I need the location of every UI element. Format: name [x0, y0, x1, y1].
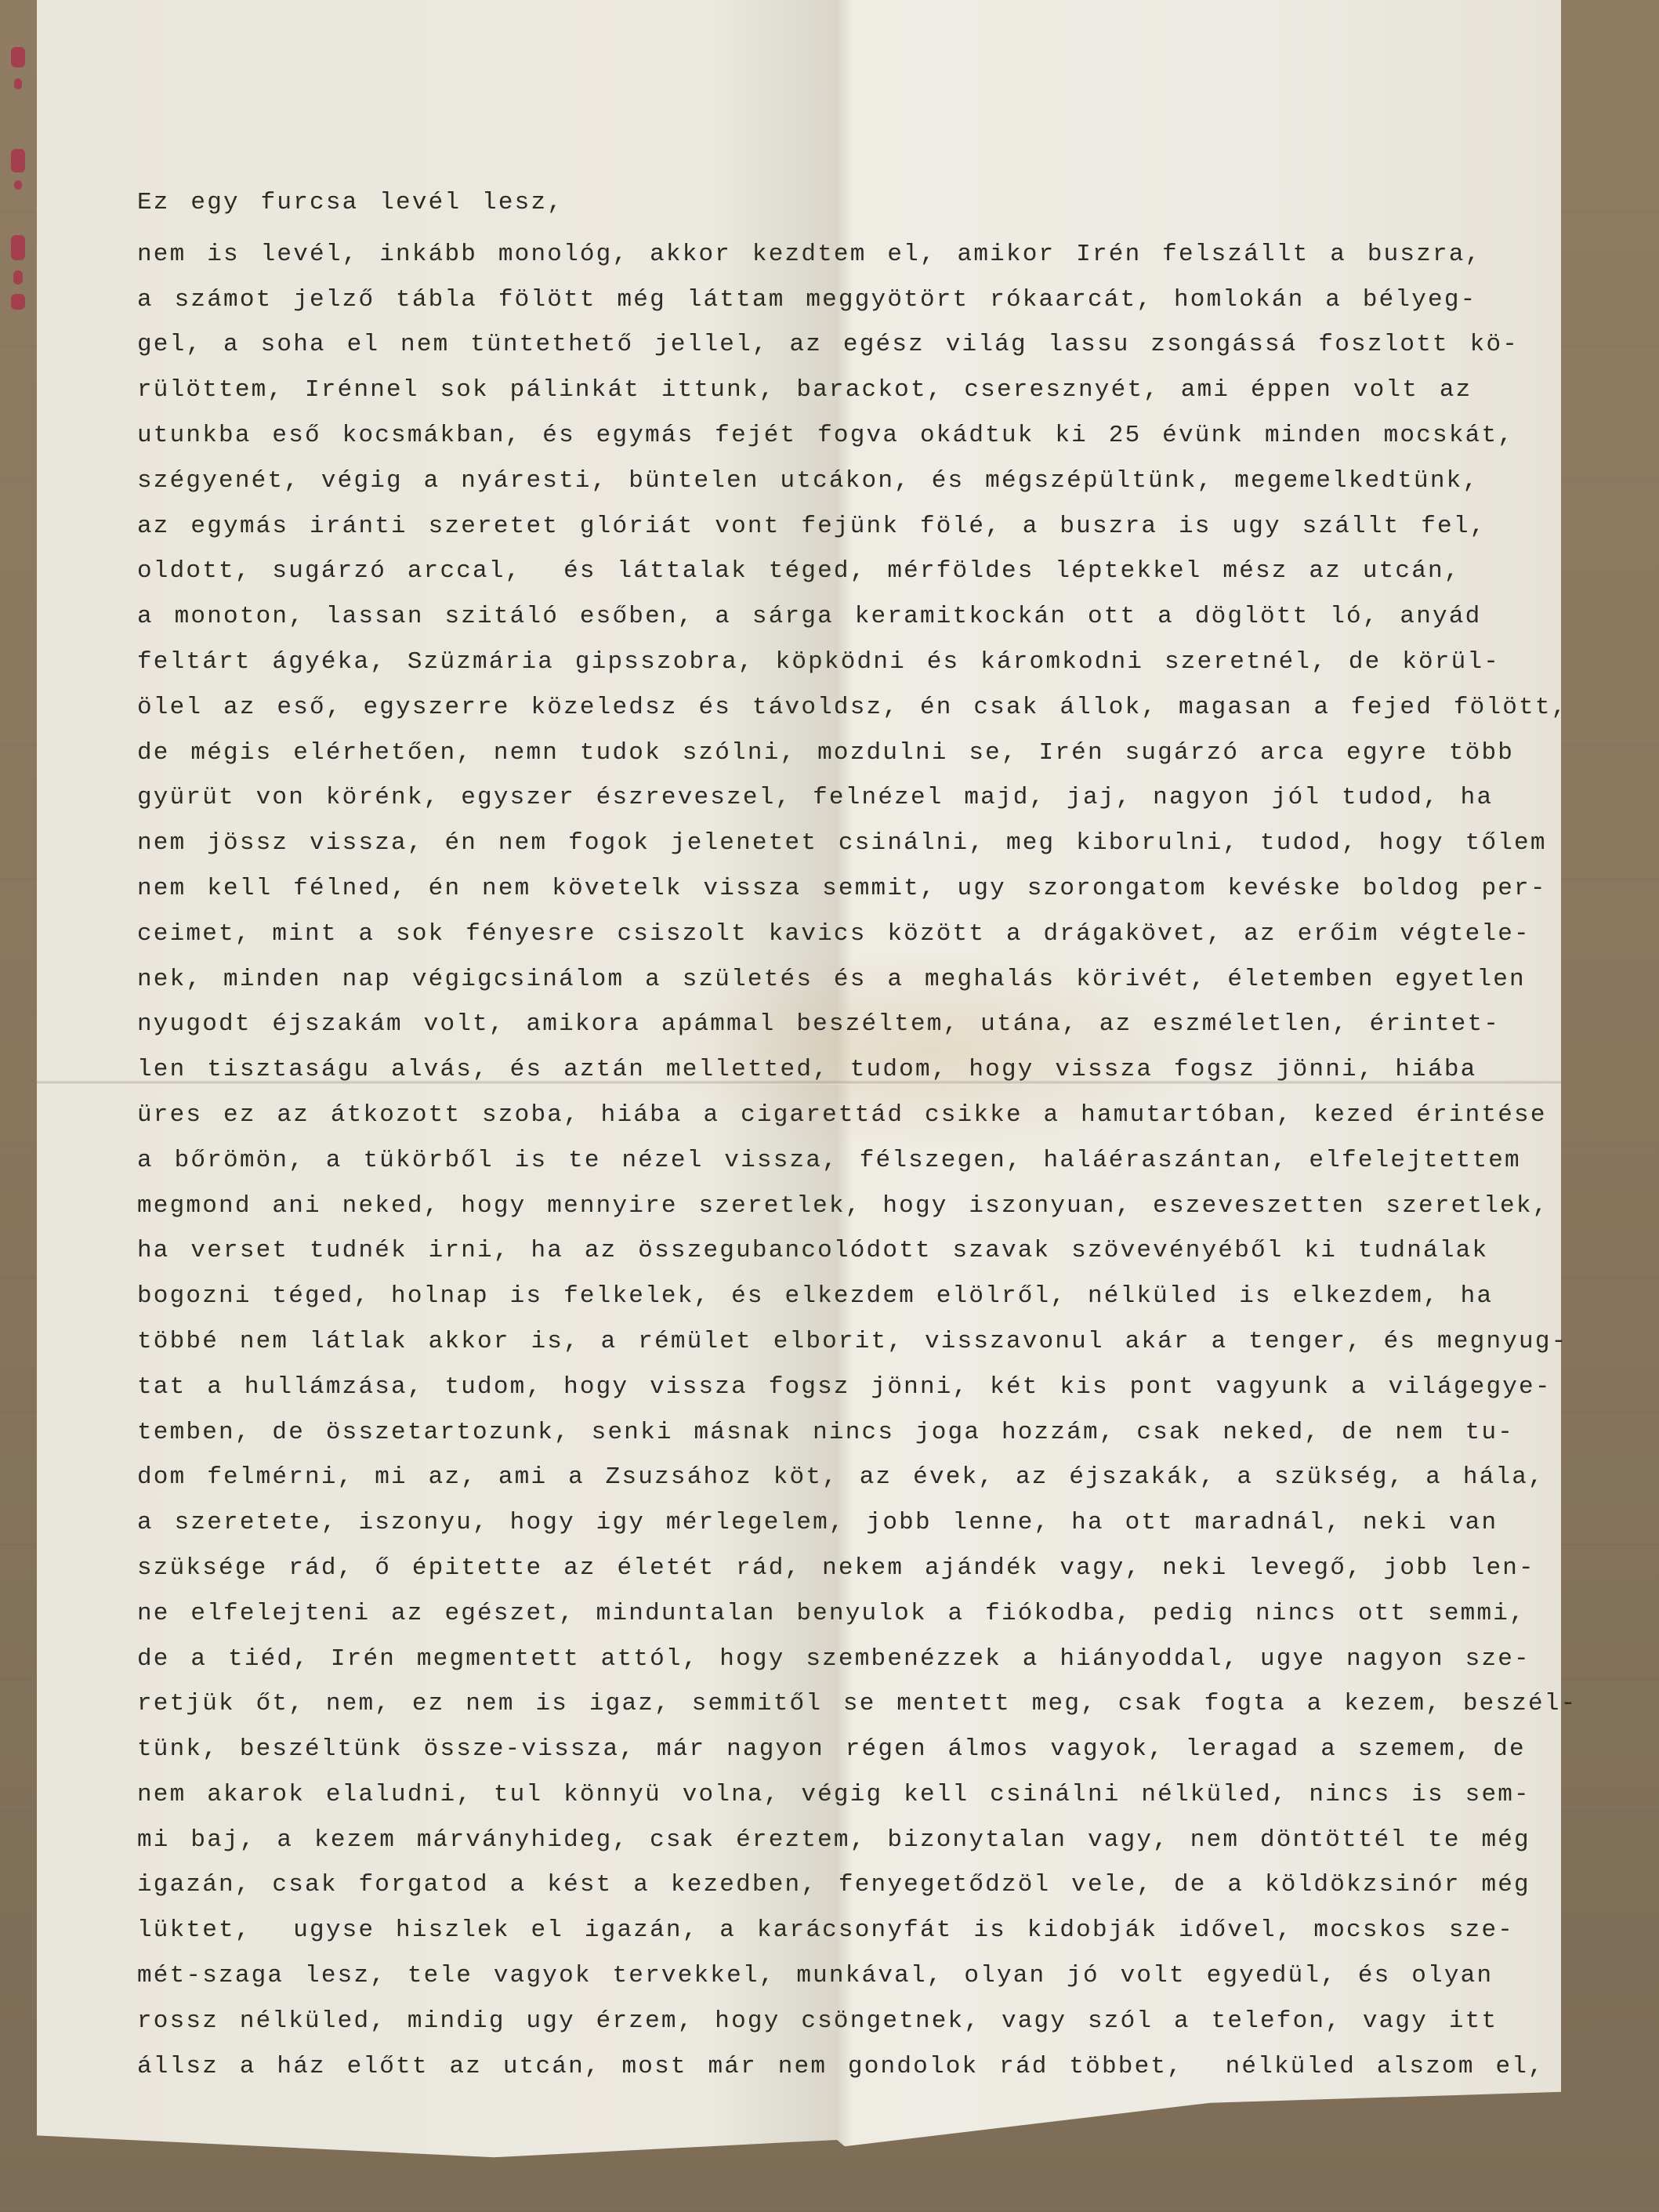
letter-line: gel, a soha el nem tüntethető jellel, az… [137, 322, 1532, 368]
letter-line: tat a hullámzása, tudom, hogy vissza fog… [137, 1365, 1532, 1410]
letter-line: a bőrömön, a tükörből is te nézel vissza… [137, 1138, 1532, 1184]
letter-line: de mégis elérhetően, nemn tudok szólni, … [137, 731, 1532, 776]
letter-line: temben, de összetartozunk, senki másnak … [137, 1410, 1532, 1456]
letter-line: szüksége rád, ő épitette az életét rád, … [137, 1546, 1532, 1591]
letter-line: a szeretete, iszonyu, hogy igy mérlegele… [137, 1500, 1532, 1546]
red-mark [13, 270, 23, 285]
red-mark [11, 235, 25, 260]
letter-line: ne elfelejteni az egészet, minduntalan b… [137, 1591, 1532, 1637]
letter-line: nem is levél, inkább monológ, akkor kezd… [137, 232, 1532, 277]
letter-line: dom felmérni, mi az, ami a Zsuzsához köt… [137, 1455, 1532, 1500]
letter-line: ölel az eső, egyszerre közeledsz és távo… [137, 685, 1532, 731]
letter-line: tünk, beszéltünk össze-vissza, már nagyo… [137, 1727, 1532, 1772]
letter-line: szégyenét, végig a nyáresti, büntelen ut… [137, 459, 1532, 504]
letter-line: utunkba eső kocsmákban, és egymás fejét … [137, 413, 1532, 459]
letter-line: de a tiéd, Irén megmentett attól, hogy s… [137, 1637, 1532, 1682]
red-mark [14, 78, 22, 89]
letter-line: nyugodt éjszakám volt, amikora apámmal b… [137, 1002, 1532, 1047]
letter-line: nem jössz vissza, én nem fogok jelenetet… [137, 821, 1532, 866]
letter-line: a monoton, lassan szitáló esőben, a sárg… [137, 594, 1532, 640]
red-mark [11, 294, 25, 310]
letter-line: mét-szaga lesz, tele vagyok tervekkel, m… [137, 1953, 1532, 1999]
letter-line: a számot jelző tábla fölött még láttam m… [137, 277, 1532, 323]
red-mark [11, 47, 25, 67]
letter-line: len tisztaságu alvás, és aztán melletted… [137, 1047, 1532, 1093]
letter-line: nem kell félned, én nem követelk vissza … [137, 866, 1532, 912]
letter-line: nem akarok elaludni, tul könnyü volna, v… [137, 1772, 1532, 1818]
letter-line: rülöttem, Irénnel sok pálinkát ittunk, b… [137, 368, 1532, 413]
cardboard-red-marks [5, 31, 31, 314]
letter-greeting: Ez egy furcsa levél lesz, [137, 180, 1532, 226]
letter-body: Ez egy furcsa levél lesz, nem is levél, … [137, 180, 1532, 2089]
letter-line: nek, minden nap végigcsinálom a születés… [137, 957, 1532, 1003]
letter-line: feltárt ágyéka, Szüzmária gipsszobra, kö… [137, 640, 1532, 685]
red-mark [14, 180, 22, 190]
letter-line: mi baj, a kezem márványhideg, csak érezt… [137, 1818, 1532, 1863]
letter-line: rossz nélküled, mindig ugy érzem, hogy c… [137, 1999, 1532, 2044]
letter-line: igazán, csak forgatod a kést a kezedben,… [137, 1862, 1532, 1908]
letter-line: megmond ani neked, hogy mennyire szeretl… [137, 1184, 1532, 1229]
letter-line: az egymás iránti szeretet glóriát vont f… [137, 504, 1532, 549]
red-mark [11, 149, 25, 172]
letter-line: ceimet, mint a sok fényesre csiszolt kav… [137, 912, 1532, 957]
letter-line: lüktet, ugyse hiszlek el igazán, a karác… [137, 1908, 1532, 1953]
letter-line: ha verset tudnék irni, ha az összegubanc… [137, 1228, 1532, 1274]
letter-line: bogozni téged, holnap is felkelek, és el… [137, 1274, 1532, 1319]
letter-line: oldott, sugárzó arccal, és láttalak tége… [137, 549, 1532, 594]
letter-line: retjük őt, nem, ez nem is igaz, semmitől… [137, 1681, 1532, 1727]
letter-line: többé nem látlak akkor is, a rémület elb… [137, 1319, 1532, 1365]
letter-line: üres ez az átkozott szoba, hiába a cigar… [137, 1093, 1532, 1138]
letter-line: állsz a ház előtt az utcán, most már nem… [137, 2044, 1532, 2090]
letter-line: gyürüt von körénk, egyszer észreveszel, … [137, 775, 1532, 821]
